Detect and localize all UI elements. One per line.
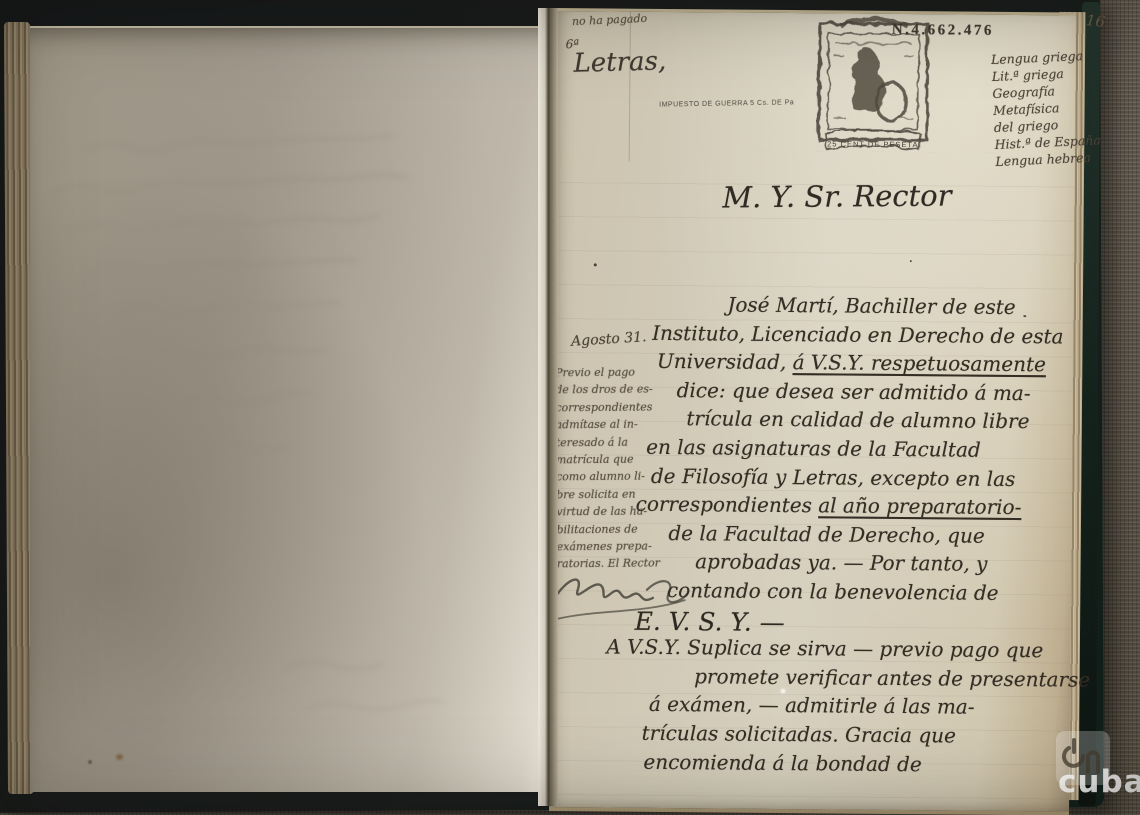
left-blank-page (30, 26, 546, 792)
petition-line: encomienda á la bondad de (605, 749, 1065, 782)
letters-heading: Letras, (573, 46, 666, 78)
petition-body: José Martí, Bachiller de esteInstituto, … (605, 291, 1069, 781)
book-gutter (538, 8, 558, 806)
subjects-list: Lengua griegaLit.ª griegaGeografíaMetafí… (991, 44, 1140, 170)
petition-line: promete verificar antes de presentarse (606, 663, 1066, 696)
salutation-rector: M. Y. Sr. Rector (722, 178, 951, 214)
petition-line: de Filosofía y Letras, excepto en las (608, 463, 1068, 496)
petition-line: Instituto, Licenciado en Derecho de esta (609, 320, 1069, 353)
petition-line: trículas solicitadas. Gracia que (606, 720, 1066, 753)
stamp-banner-text: 25 CENT DE PESETA (827, 139, 918, 149)
paper-speck (781, 689, 785, 693)
petition-page: no ha pagado 6ª Letras, N.4.662.476 Leng… (549, 8, 1076, 815)
petition-line: correspondientes al año preparatorio- (608, 492, 1068, 525)
petition-line: José Martí, Bachiller de este (609, 291, 1069, 324)
petition-line: A V.S.Y. Suplica se sirva — previo pago … (606, 635, 1066, 668)
bleedthrough-writing (22, 23, 554, 798)
signature-rubric (547, 559, 698, 638)
petition-line: Universidad, á V.S.Y. respetuosamente (609, 349, 1069, 382)
photo-of-open-manuscript-book: no ha pagado 6ª Letras, N.4.662.476 Leng… (0, 0, 1140, 815)
ink-speck (594, 263, 597, 266)
foxing-stain (88, 760, 92, 764)
war-tax-overprint: IMPUESTO DE GUERRA 5 Cs. DE Pa (659, 99, 794, 108)
stamp-figure (851, 47, 887, 112)
page-crease (629, 12, 631, 162)
ink-speck (910, 260, 912, 262)
oncuba-wordmark: cuba (1058, 764, 1140, 800)
petition-line: á exámen, — admitirle á las ma- (606, 692, 1066, 725)
folio-number: 16 (1085, 11, 1106, 31)
foxing-stain (116, 754, 123, 760)
petition-line: de la Facultad de Derecho, que (607, 520, 1067, 553)
ink-speck (1023, 315, 1026, 317)
unpaid-annotation: no ha pagado (572, 12, 648, 28)
petition-line: en las asignaturas de la Facultad (608, 434, 1068, 467)
revenue-stamp: 25 CENT DE PESETA (811, 13, 936, 160)
petition-line: trícula en calidad de alumno libre (608, 406, 1068, 439)
petition-line: dice: que desea ser admitido á ma- (609, 377, 1069, 410)
